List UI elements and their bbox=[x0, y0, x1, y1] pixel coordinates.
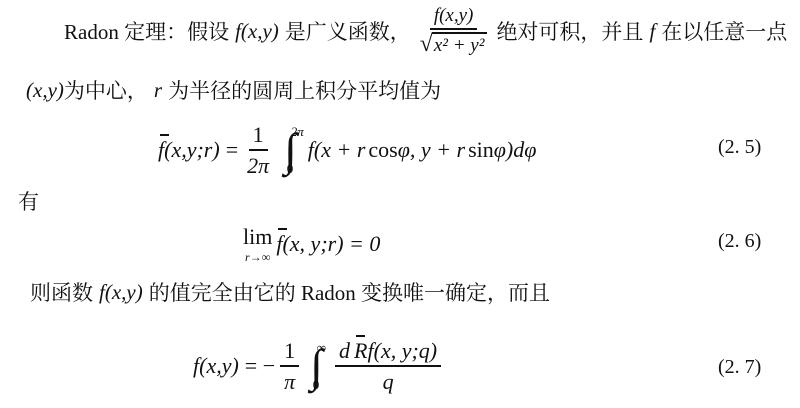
math-r: r bbox=[154, 78, 162, 103]
cos-function: cos bbox=[368, 137, 397, 163]
fraction-numerator: f(x,y) bbox=[430, 5, 478, 30]
integral-0-to-infinity: ∫ ∞0 bbox=[310, 338, 326, 394]
fraction-denominator: 2π bbox=[243, 151, 273, 178]
eq25-lhs-args: (x,y;r) bbox=[164, 137, 220, 163]
math-xy: (x,y) bbox=[26, 78, 64, 103]
equation-2-7: f(x,y) = − 1 π ∫ ∞0 dRf(x, y;q) q bbox=[193, 330, 446, 402]
integral-upper-limit: 2π bbox=[291, 125, 304, 138]
sin-function: sin bbox=[468, 137, 494, 163]
paragraph1-line2: (x,y) 为中心， r 为半径的圆周上积分平均值为 bbox=[26, 74, 441, 106]
fraction-numerator: 1 bbox=[280, 338, 299, 366]
integral-upper-limit: ∞ bbox=[317, 341, 326, 354]
lim-subscript: r→∞ bbox=[245, 251, 270, 263]
lim-word: lim bbox=[243, 226, 272, 248]
eq27-lhs: f(x,y) bbox=[193, 353, 239, 379]
radon-R-bar: R bbox=[354, 338, 367, 363]
fraction-numerator: 1 bbox=[249, 122, 268, 150]
math-d: d bbox=[339, 338, 350, 363]
equals-minus: = − bbox=[245, 353, 275, 379]
math-fxy: f(x,y) bbox=[99, 280, 143, 305]
eq26-rest: (x, y;r) = 0 bbox=[282, 231, 380, 257]
fraction-denominator: π bbox=[280, 367, 299, 394]
math-f: f bbox=[649, 19, 655, 44]
fraction-denominator: √x² + y² bbox=[416, 30, 492, 57]
radicand: x² + y² bbox=[432, 32, 488, 57]
math-fxy: f(x,y) bbox=[235, 19, 279, 44]
integrand-part1: f(x + r bbox=[308, 137, 366, 163]
text-as-center: 为中心， bbox=[64, 75, 148, 105]
text-absolutely-integrable: 绝对可积，并且 bbox=[496, 16, 643, 46]
document-page: { "para1": { "l1s1": "Radon 定理：假设", "l1s… bbox=[0, 0, 800, 408]
fraction-dRf-over-q: dRf(x, y;q) q bbox=[335, 338, 441, 394]
integrand-part2: φ, y + r bbox=[398, 137, 465, 163]
fraction-1-over-pi: 1 π bbox=[280, 338, 299, 394]
text-then-function: 则函数 bbox=[30, 277, 93, 307]
paragraph2: 则函数 f(x,y) 的值完全由它的 Radon 变换唯一确定，而且 bbox=[30, 276, 550, 308]
equation-2-5: f (x,y;r) = 1 2π ∫ 2π0 f(x + r cos φ, y … bbox=[158, 118, 536, 182]
text-uniquely-determined: 的值完全由它的 Radon 变换唯一确定，而且 bbox=[149, 277, 550, 307]
equation-label-2-7: (2. 7) bbox=[718, 356, 761, 379]
math-args: (x, y;q) bbox=[374, 338, 438, 363]
f-bar: f bbox=[158, 137, 164, 163]
fraction-denominator: q bbox=[379, 367, 398, 394]
integral-0-to-2pi: ∫ 2π0 bbox=[284, 122, 304, 178]
fraction-numerator: dRf(x, y;q) bbox=[335, 338, 441, 366]
equals-sign: = bbox=[226, 137, 238, 163]
paragraph1-line1: Radon 定理：假设 f(x,y) 是广义函数， f(x,y) √x² + y… bbox=[64, 2, 787, 60]
equation-2-6: lim r→∞ f (x, y;r) = 0 bbox=[243, 220, 380, 268]
connector-text: 有 bbox=[18, 186, 39, 216]
inline-fraction: f(x,y) √x² + y² bbox=[416, 5, 492, 57]
fraction-1-over-2pi: 1 2π bbox=[243, 122, 273, 178]
limit-block: lim r→∞ bbox=[243, 226, 272, 263]
text-generalized-function: 是广义函数， bbox=[285, 16, 411, 46]
integral-lower-limit: 0 bbox=[313, 378, 326, 391]
integral-lower-limit: 0 bbox=[287, 162, 304, 175]
text-at-any-point: 在以任意一点 bbox=[661, 16, 787, 46]
integrand-part3: φ)dφ bbox=[494, 137, 537, 163]
equation-label-2-6: (2. 6) bbox=[718, 230, 761, 253]
text-radius-circle-average: 为半径的圆周上积分平均值为 bbox=[168, 75, 441, 105]
equation-label-2-5: (2. 5) bbox=[718, 136, 761, 159]
f-bar: f bbox=[276, 231, 282, 257]
text-radon-theorem-intro: Radon 定理：假设 bbox=[64, 16, 229, 46]
